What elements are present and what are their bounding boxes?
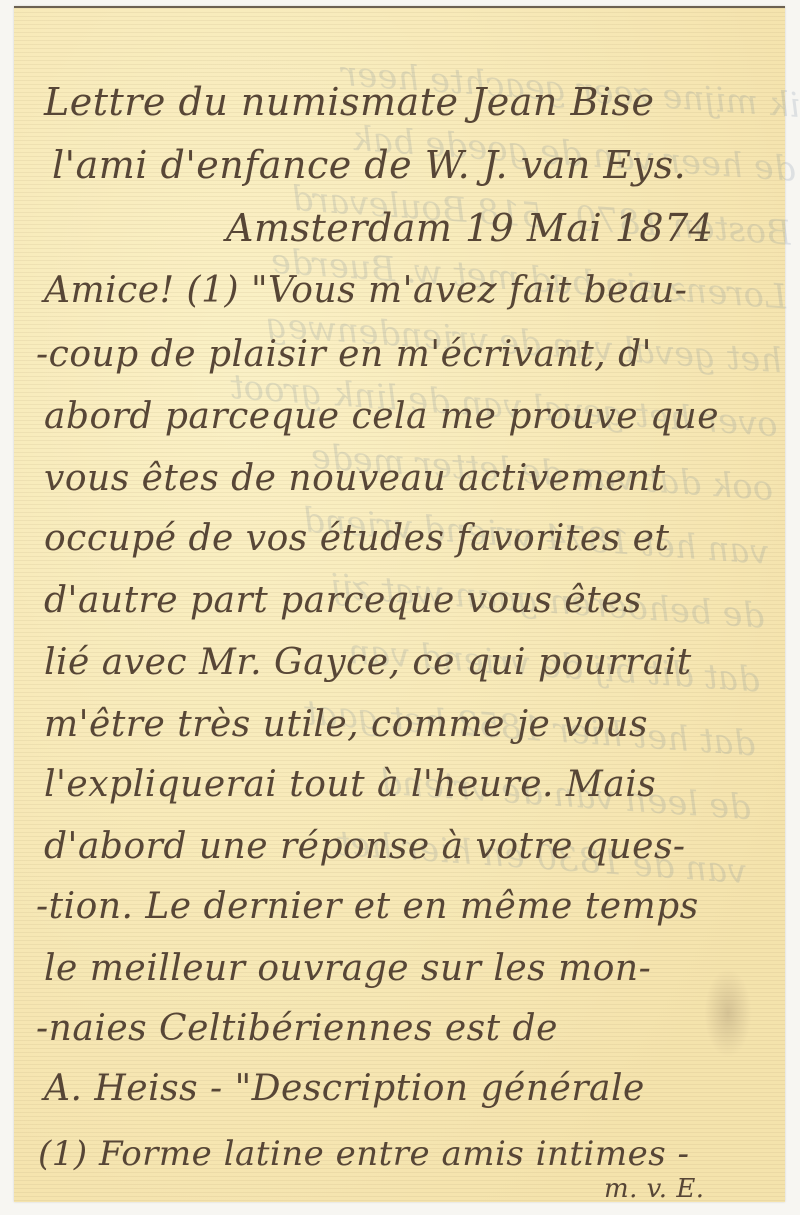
initials: m. v. E.: [604, 1174, 705, 1204]
body-line: l'expliquerai tout à l'heure. Mais: [44, 764, 656, 805]
body-line: abord parceque cela me prouve que: [44, 396, 719, 437]
body-line: -naies Celtibériennes est de: [36, 1008, 558, 1049]
body-line: occupé de vos études favorites et: [44, 518, 669, 559]
footnote: (1) Forme latine entre amis intimes -: [38, 1134, 690, 1174]
letter-page: ik mijne zeer geachte heer de heer van d…: [14, 6, 785, 1202]
body-line: -coup de plaisir en m'écrivant, d': [36, 334, 652, 375]
place-date: Amsterdam 19 Mai 1874: [226, 206, 713, 250]
body-line: Amice! (1) "Vous m'avez fait beau-: [44, 270, 687, 311]
body-line: -tion. Le dernier et en même temps: [36, 886, 699, 927]
body-line: le meilleur ouvrage sur les mon-: [44, 948, 651, 989]
body-line: d'abord une réponse à votre ques-: [44, 826, 686, 867]
body-line: d'autre part parceque vous êtes: [44, 580, 642, 621]
ink-stain: [704, 968, 752, 1058]
header-line-1: Lettre du numismate Jean Bise: [44, 80, 655, 124]
body-line: m'être très utile, comme je vous: [44, 704, 648, 745]
body-line: vous êtes de nouveau activement: [44, 458, 666, 499]
body-line: lié avec Mr. Gayce, ce qui pourrait: [44, 642, 692, 683]
header-line-2: l'ami d'enfance de W. J. van Eys.: [52, 143, 686, 187]
body-line: A. Heiss - "Description générale: [44, 1068, 645, 1109]
